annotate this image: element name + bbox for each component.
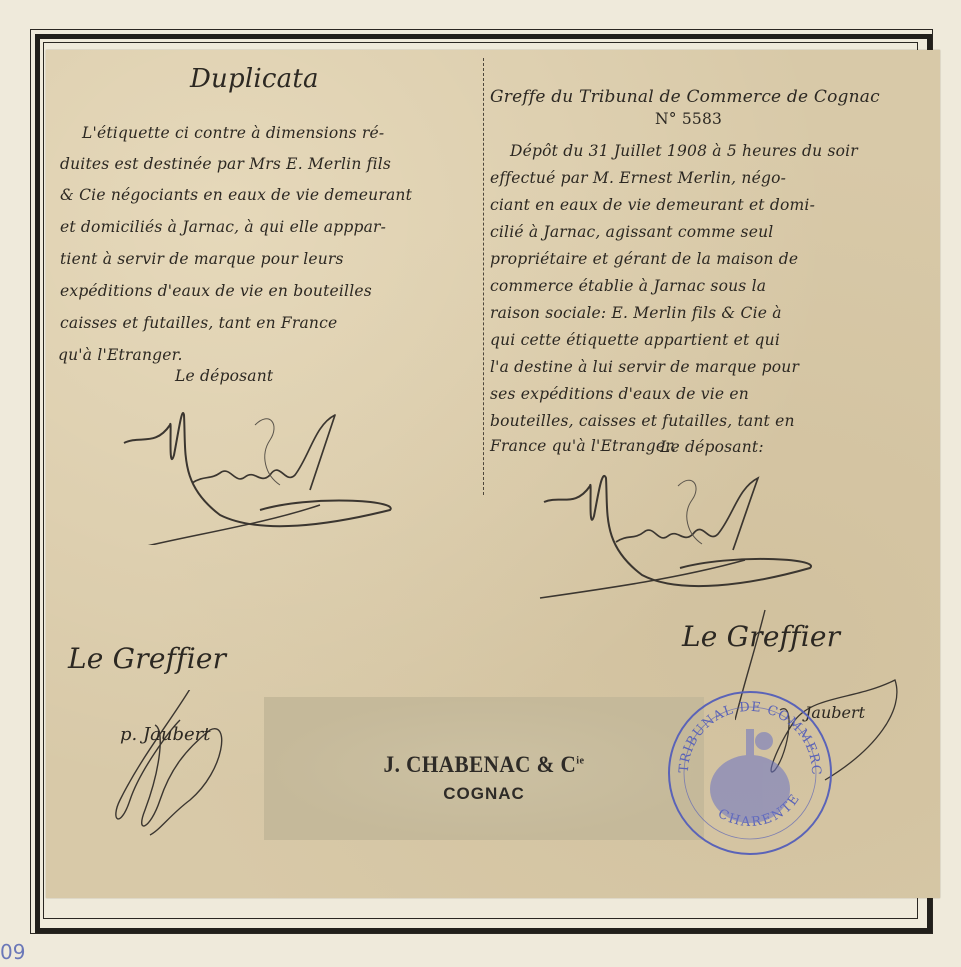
left-title: Duplicata (190, 66, 319, 93)
right-line: raison sociale: E. Merlin fils & Cie à (490, 300, 782, 327)
left-line: tient à servir de marque pour leurs (60, 246, 344, 273)
product-label: J. CHABENAC & Cie COGNAC (264, 697, 704, 840)
label-company: J. CHABENAC & Cie (282, 752, 687, 778)
right-depositor-signature (530, 450, 830, 610)
right-line: bouteilles, caisses et futailles, tant e… (490, 408, 795, 435)
left-line: L'étiquette ci contre à dimensions ré- (82, 120, 384, 147)
right-line: commerce établie à Jarnac sous la (490, 273, 766, 300)
left-line: et domiciliés à Jarnac, à qui elle apppa… (60, 214, 386, 241)
label-company-suffix: ie (576, 754, 584, 766)
stamp-emblem-icon (710, 729, 790, 823)
right-line: effectué par M. Ernest Merlin, négo- (490, 165, 786, 192)
margin-mark: 09 (0, 940, 25, 964)
left-clerk-signature-text: p. Jaubert (120, 724, 211, 745)
left-line: duites est destinée par Mrs E. Merlin fi… (60, 151, 391, 178)
label-city: COGNAC (264, 784, 704, 804)
right-line: l'a destine à lui servir de marque pour (490, 354, 799, 381)
right-line: ses expéditions d'eaux de vie en (490, 381, 749, 408)
left-line: qu'à l'Etranger. (58, 342, 183, 369)
label-company-name: J. CHABENAC & C (384, 752, 577, 777)
left-line: expéditions d'eaux de vie en bouteilles (60, 278, 372, 305)
left-line: & Cie négociants en eaux de vie demeuran… (60, 182, 412, 209)
right-line: Dépôt du 31 Juillet 1908 à 5 heures du s… (510, 138, 858, 165)
left-clerk-label: Le Greffier (68, 645, 226, 672)
left-depositor-signature: Merlin fils (110, 385, 410, 545)
tribunal-stamp: TRIBUNAL DE COMMERCE DE COGNAC CHARENTE (666, 689, 834, 857)
right-line: cilié à Jarnac, agissant comme seul (490, 219, 773, 246)
right-line: qui cette étiquette appartient et qui (490, 327, 780, 354)
left-clerk-signature: p. Jaubert (90, 690, 250, 840)
page-divider (483, 58, 484, 495)
right-number: N° 5583 (655, 106, 722, 133)
left-line: caisses et futailles, tant en France (60, 310, 337, 337)
right-line: ciant en eaux de vie demeurant et domi- (490, 192, 815, 219)
right-line: propriétaire et gérant de la maison de (490, 246, 798, 273)
